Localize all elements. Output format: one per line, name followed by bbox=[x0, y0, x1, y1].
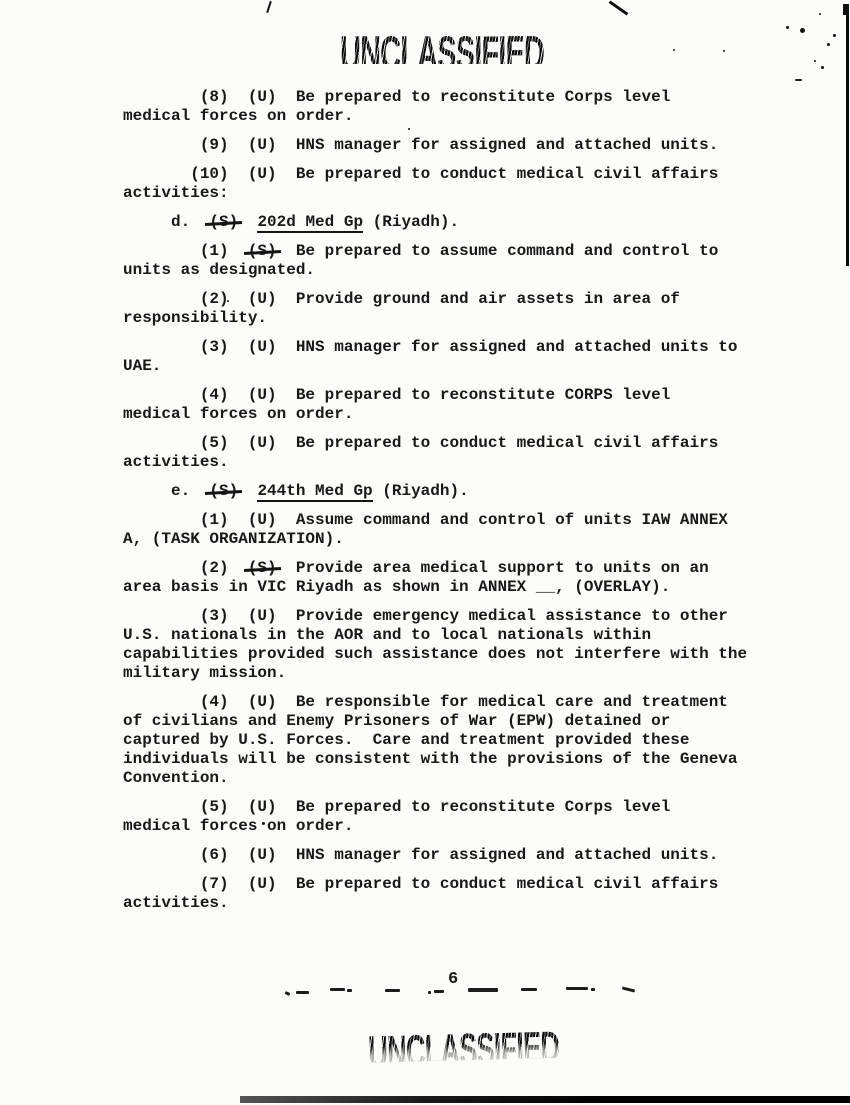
scan-dash bbox=[428, 991, 431, 994]
text-line: (5) (U) Be prepared to conduct medical c… bbox=[123, 434, 813, 453]
scan-dash bbox=[385, 989, 400, 992]
text-line: (1) (S) Be prepared to assume command an… bbox=[123, 242, 813, 261]
underline-text: 202d Med Gp bbox=[257, 213, 363, 233]
speckle bbox=[408, 128, 410, 130]
unclassified-stamp-top: UNCLASSIFIED bbox=[340, 26, 572, 64]
scan-dash bbox=[566, 987, 588, 990]
text-line: (4) (U) Be responsible for medical care … bbox=[123, 693, 813, 712]
text-segment: Be prepared to assume command and contro… bbox=[277, 242, 719, 260]
text-line: medical forces on order. bbox=[123, 107, 813, 126]
paragraph: (9) (U) HNS manager for assigned and att… bbox=[123, 136, 813, 155]
speckle bbox=[800, 28, 805, 33]
text-segment: (1) bbox=[123, 242, 248, 260]
text-line: Convention. bbox=[123, 769, 813, 788]
scan-dash bbox=[622, 986, 635, 992]
text-line: individuals will be consistent with the … bbox=[123, 750, 813, 769]
speckle bbox=[673, 49, 675, 51]
strike-text: (S) bbox=[248, 559, 277, 578]
page-number: 6 bbox=[448, 970, 458, 989]
paragraph: (3) (U) Provide emergency medical assist… bbox=[123, 607, 813, 683]
text-line: medical forces on order. bbox=[123, 817, 813, 836]
scan-dash bbox=[468, 988, 498, 992]
text-segment: e. bbox=[123, 482, 209, 500]
speckle bbox=[833, 34, 836, 37]
text-segment: activities: bbox=[123, 184, 229, 202]
text-line: (9) (U) HNS manager for assigned and att… bbox=[123, 136, 813, 155]
text-segment: (6) (U) HNS manager for assigned and att… bbox=[123, 846, 718, 864]
text-segment: (Riyadh). bbox=[363, 213, 459, 231]
text-line: (7) (U) Be prepared to conduct medical c… bbox=[123, 875, 813, 894]
paragraph: (2) (S) Provide area medical support to … bbox=[123, 559, 813, 597]
text-segment: (2) bbox=[123, 559, 248, 577]
text-segment: capabilities provided such assistance do… bbox=[123, 645, 747, 663]
text-segment: responsibility. bbox=[123, 309, 267, 327]
paragraph: (8) (U) Be prepared to reconstitute Corp… bbox=[123, 88, 813, 126]
scan-backslash-mark bbox=[609, 0, 629, 15]
text-segment: (5) (U) Be prepared to reconstitute Corp… bbox=[123, 798, 670, 816]
text-segment: (8) (U) Be prepared to reconstitute Corp… bbox=[123, 88, 670, 106]
paragraph: (1) (U) Assume command and control of un… bbox=[123, 511, 813, 549]
text-line: (5) (U) Be prepared to reconstitute Corp… bbox=[123, 798, 813, 817]
text-line: (8) (U) Be prepared to reconstitute Corp… bbox=[123, 88, 813, 107]
text-line: U.S. nationals in the AOR and to local n… bbox=[123, 626, 813, 645]
paragraph: (7) (U) Be prepared to conduct medical c… bbox=[123, 875, 813, 913]
text-segment: activities. bbox=[123, 894, 229, 912]
scan-dash bbox=[296, 991, 309, 994]
speckle bbox=[262, 822, 265, 825]
text-line: activities: bbox=[123, 184, 813, 203]
text-line: (6) (U) HNS manager for assigned and att… bbox=[123, 846, 813, 865]
underline-text: 244th Med Gp bbox=[257, 482, 372, 502]
speckle bbox=[795, 79, 802, 81]
text-segment: activities. bbox=[123, 453, 229, 471]
paragraph: (5) (U) Be prepared to conduct medical c… bbox=[123, 434, 813, 472]
text-segment: (10) (U) Be prepared to conduct medical … bbox=[123, 165, 718, 183]
paragraph: (6) (U) HNS manager for assigned and att… bbox=[123, 846, 813, 865]
unclassified-stamp-bottom-text: UNCLASSIFIED bbox=[368, 1022, 560, 1079]
paragraph: d. (S) 202d Med Gp (Riyadh). bbox=[123, 213, 813, 232]
text-segment: (4) (U) Be prepared to reconstitute CORP… bbox=[123, 386, 670, 404]
scan-edge-line bbox=[846, 4, 849, 266]
text-line: captured by U.S. Forces. Care and treatm… bbox=[123, 731, 813, 750]
text-line: medical forces on order. bbox=[123, 405, 813, 424]
text-segment: (3) (U) Provide emergency medical assist… bbox=[123, 607, 728, 625]
text-segment: U.S. nationals in the AOR and to local n… bbox=[123, 626, 651, 644]
paragraph: e. (S) 244th Med Gp (Riyadh). bbox=[123, 482, 813, 501]
unclassified-stamp-top-text: UNCLASSIFIED bbox=[340, 26, 544, 81]
text-line: UAE. bbox=[123, 357, 813, 376]
text-segment: medical forces on order. bbox=[123, 107, 353, 125]
text-segment: Convention. bbox=[123, 769, 229, 787]
text-segment: medical forces on order. bbox=[123, 405, 353, 423]
text-line: units as designated. bbox=[123, 261, 813, 280]
text-segment: (Riyadh). bbox=[373, 482, 469, 500]
scan-dash bbox=[591, 988, 595, 991]
speckle bbox=[227, 300, 229, 302]
speckle bbox=[821, 66, 824, 69]
document-body: (8) (U) Be prepared to reconstitute Corp… bbox=[123, 88, 813, 923]
scan-dash bbox=[434, 990, 444, 993]
text-segment: captured by U.S. Forces. Care and treatm… bbox=[123, 731, 690, 749]
text-segment: (4) (U) Be responsible for medical care … bbox=[123, 693, 728, 711]
text-segment: (1) (U) Assume command and control of un… bbox=[123, 511, 728, 529]
text-line: military mission. bbox=[123, 664, 813, 683]
text-line: (2) (S) Provide area medical support to … bbox=[123, 559, 813, 578]
text-segment: Provide area medical support to units on… bbox=[277, 559, 709, 577]
scan-slash-mark bbox=[266, 1, 272, 13]
text-segment: military mission. bbox=[123, 664, 286, 682]
speckle bbox=[819, 13, 821, 15]
text-line: capabilities provided such assistance do… bbox=[123, 645, 813, 664]
text-segment: (3) (U) HNS manager for assigned and att… bbox=[123, 338, 738, 356]
text-segment: (5) (U) Be prepared to conduct medical c… bbox=[123, 434, 718, 452]
speckle bbox=[814, 60, 816, 62]
text-line: (3) (U) HNS manager for assigned and att… bbox=[123, 338, 813, 357]
scan-dash bbox=[330, 988, 345, 991]
speckle bbox=[786, 26, 789, 29]
paragraph: (2) (U) Provide ground and air assets in… bbox=[123, 290, 813, 328]
text-line: area basis in VIC Riyadh as shown in ANN… bbox=[123, 578, 813, 597]
text-line: of civilians and Enemy Prisoners of War … bbox=[123, 712, 813, 731]
text-segment: UAE. bbox=[123, 357, 161, 375]
text-segment: (9) (U) HNS manager for assigned and att… bbox=[123, 136, 718, 154]
text-line: (1) (U) Assume command and control of un… bbox=[123, 511, 813, 530]
text-line: activities. bbox=[123, 453, 813, 472]
scan-dash bbox=[521, 988, 537, 991]
text-line: d. (S) 202d Med Gp (Riyadh). bbox=[123, 213, 813, 232]
speckle bbox=[827, 43, 830, 46]
strike-text: (S) bbox=[209, 213, 238, 232]
text-segment: d. bbox=[123, 213, 209, 231]
text-line: activities. bbox=[123, 894, 813, 913]
text-segment: units as designated. bbox=[123, 261, 315, 279]
paragraph: (5) (U) Be prepared to reconstitute Corp… bbox=[123, 798, 813, 836]
paragraph: (4) (U) Be responsible for medical care … bbox=[123, 693, 813, 788]
scan-dash bbox=[285, 991, 291, 996]
scan-edge-blob bbox=[843, 4, 849, 15]
text-segment: area basis in VIC Riyadh as shown in ANN… bbox=[123, 578, 670, 596]
text-line: e. (S) 244th Med Gp (Riyadh). bbox=[123, 482, 813, 501]
text-line: (10) (U) Be prepared to conduct medical … bbox=[123, 165, 813, 184]
text-line: (3) (U) Provide emergency medical assist… bbox=[123, 607, 813, 626]
text-line: responsibility. bbox=[123, 309, 813, 328]
strike-text: (S) bbox=[248, 242, 277, 261]
text-segment: (2) (U) Provide ground and air assets in… bbox=[123, 290, 680, 308]
text-line: (4) (U) Be prepared to reconstitute CORP… bbox=[123, 386, 813, 405]
paragraph: (3) (U) HNS manager for assigned and att… bbox=[123, 338, 813, 376]
scanned-document-page: UNCLASSIFIED (8) (U) Be prepared to reco… bbox=[0, 0, 850, 1105]
text-segment: medical forces on order. bbox=[123, 817, 353, 835]
scan-dash bbox=[347, 989, 352, 992]
text-line: A, (TASK ORGANIZATION). bbox=[123, 530, 813, 549]
paragraph: (1) (S) Be prepared to assume command an… bbox=[123, 242, 813, 280]
strike-text: (S) bbox=[209, 482, 238, 501]
text-segment: individuals will be consistent with the … bbox=[123, 750, 738, 768]
text-segment: (7) (U) Be prepared to conduct medical c… bbox=[123, 875, 718, 893]
scan-bottom-bar bbox=[240, 1096, 850, 1103]
text-segment: A, (TASK ORGANIZATION). bbox=[123, 530, 344, 548]
text-segment: of civilians and Enemy Prisoners of War … bbox=[123, 712, 670, 730]
unclassified-stamp-bottom: UNCLASSIFIED bbox=[368, 1021, 586, 1063]
paragraph: (4) (U) Be prepared to reconstitute CORP… bbox=[123, 386, 813, 424]
paragraph: (10) (U) Be prepared to conduct medical … bbox=[123, 165, 813, 203]
speckle bbox=[723, 50, 725, 52]
